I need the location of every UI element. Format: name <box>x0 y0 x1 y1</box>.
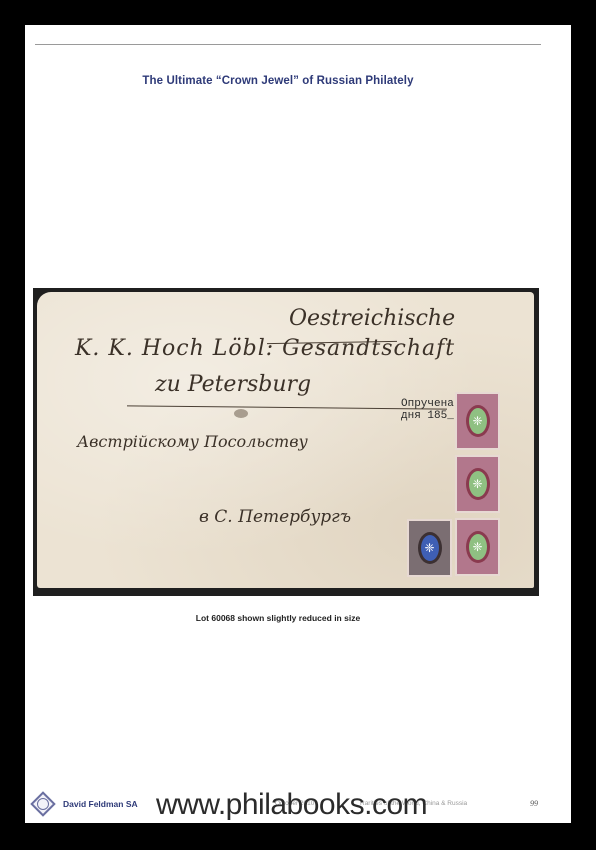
publisher-name: David Feldman SA <box>63 799 138 809</box>
stamp-grey-blue: ❈ <box>407 519 452 577</box>
address-line-1: Oestreichische <box>289 306 455 331</box>
stamp-rose-green-2: ❈ <box>455 455 500 513</box>
stamp-rose-green-3: ❈ <box>455 518 500 576</box>
eagle-icon: ❈ <box>472 415 482 427</box>
eagle-icon: ❈ <box>472 478 482 490</box>
eagle-icon: ❈ <box>472 541 482 553</box>
eagle-icon: ❈ <box>424 542 434 554</box>
page-number: 99 <box>530 799 538 808</box>
ink-stain <box>234 409 248 418</box>
address-line-2: K. K. Hoch Löbl: Gesandtschaft <box>75 336 455 361</box>
page-title: The Ultimate “Crown Jewel” of Russian Ph… <box>25 75 571 87</box>
underline <box>127 405 447 409</box>
image-caption: Lot 60068 shown slightly reduced in size <box>25 613 571 623</box>
address-line-4: Австрійскому Посольству <box>77 432 308 451</box>
top-rule <box>35 44 541 45</box>
feldman-logo-icon <box>30 791 55 816</box>
address-line-5: в С. Петербургъ <box>199 507 351 527</box>
envelope-image: Oestreichische K. K. Hoch Löbl: Gesandts… <box>33 288 539 596</box>
stamp-rose-green-1: ❈ <box>455 392 500 450</box>
catalogue-page: The Ultimate “Crown Jewel” of Russian Ph… <box>25 25 571 823</box>
envelope: Oestreichische K. K. Hoch Löbl: Gesandts… <box>37 292 534 588</box>
watermark-link[interactable]: www.philabooks.com <box>156 788 427 822</box>
page-footer: David Feldman SA October 2010 Rarities o… <box>25 795 571 819</box>
address-line-3: zu Petersburg <box>155 372 311 397</box>
